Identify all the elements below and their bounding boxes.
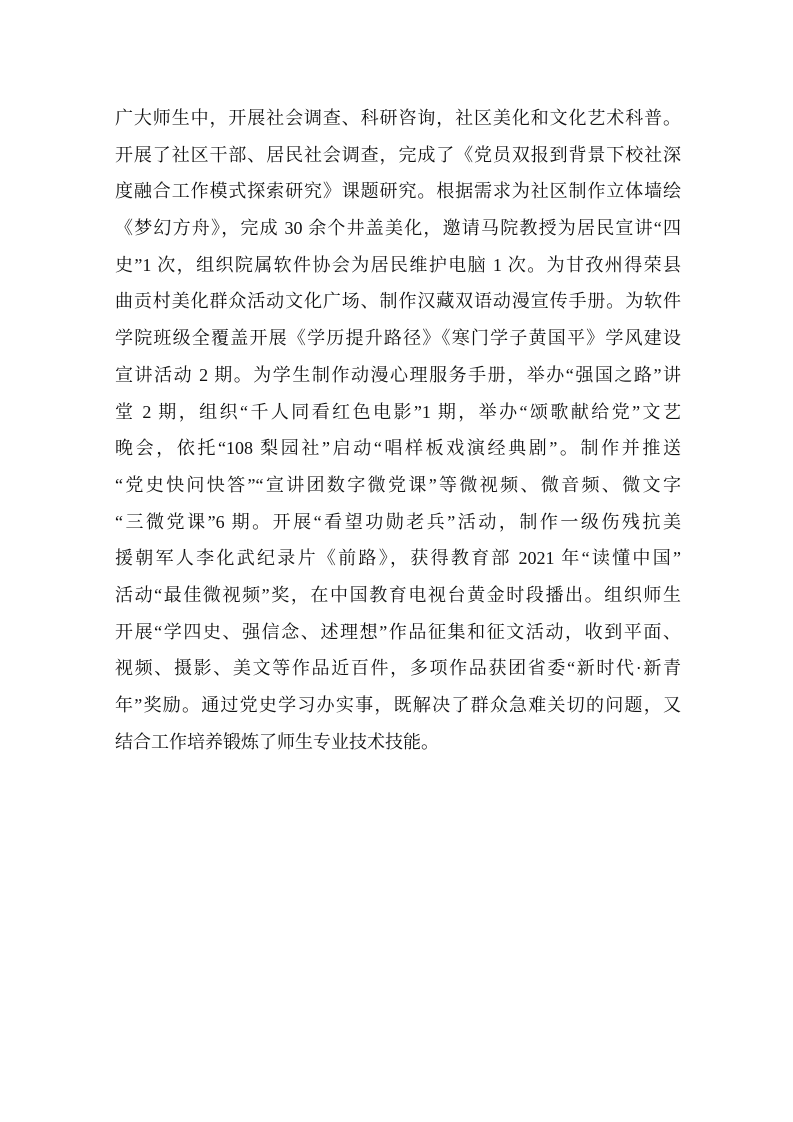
text-line: “三微党课”6 期。开展“看望功勋老兵”活动，制作一级伤残抗美 (115, 504, 681, 541)
text-line: 学院班级全覆盖开展《学历提升路径》《寒门学子黄国平》学风建设 (115, 320, 681, 357)
text-line: 援朝军人李化武纪录片《前路》，获得教育部 2021 年“读懂中国” (115, 540, 681, 577)
text-line: “党史快问快答”“宣讲团数字微党课”等微视频、微音频、微文字 (115, 467, 681, 504)
text-line: 广大师生中，开展社会调查、科研咨询，社区美化和文化艺术科普。 (115, 100, 681, 137)
text-line: 结合工作培养锻炼了师生专业技术技能。 (115, 724, 681, 761)
document-page: 广大师生中，开展社会调查、科研咨询，社区美化和文化艺术科普。 开展了社区干部、居… (0, 0, 793, 1122)
text-line: 史”1 次，组织院属软件协会为居民维护电脑 1 次。为甘孜州得荣县 (115, 247, 681, 284)
paragraph-continuation: 广大师生中，开展社会调查、科研咨询，社区美化和文化艺术科普。 开展了社区干部、居… (115, 100, 681, 760)
text-line: 开展“学四史、强信念、述理想”作品征集和征文活动，收到平面、 (115, 614, 681, 651)
text-line: 曲贡村美化群众活动文化广场、制作汉藏双语动漫宣传手册。为软件 (115, 283, 681, 320)
text-line: 宣讲活动 2 期。为学生制作动漫心理服务手册，举办“强国之路”讲 (115, 357, 681, 394)
text-line: 《梦幻方舟》，完成 30 余个井盖美化，邀请马院教授为居民宣讲“四 (115, 210, 681, 247)
text-line: 度融合工作模式探索研究》课题研究。根据需求为社区制作立体墙绘 (115, 173, 681, 210)
text-line: 堂 2 期，组织“千人同看红色电影”1 期，举办“颂歌献给党”文艺 (115, 394, 681, 431)
text-line: 活动“最佳微视频”奖，在中国教育电视台黄金时段播出。组织师生 (115, 577, 681, 614)
text-line: 视频、摄影、美文等作品近百件，多项作品获团省委“新时代·新青 (115, 650, 681, 687)
text-line: 年”奖励。通过党史学习办实事，既解决了群众急难关切的问题，又 (115, 687, 681, 724)
text-line: 开展了社区干部、居民社会调查，完成了《党员双报到背景下校社深 (115, 137, 681, 174)
text-line: 晚会，依托“108 梨园社”启动“唱样板戏演经典剧”。制作并推送 (115, 430, 681, 467)
